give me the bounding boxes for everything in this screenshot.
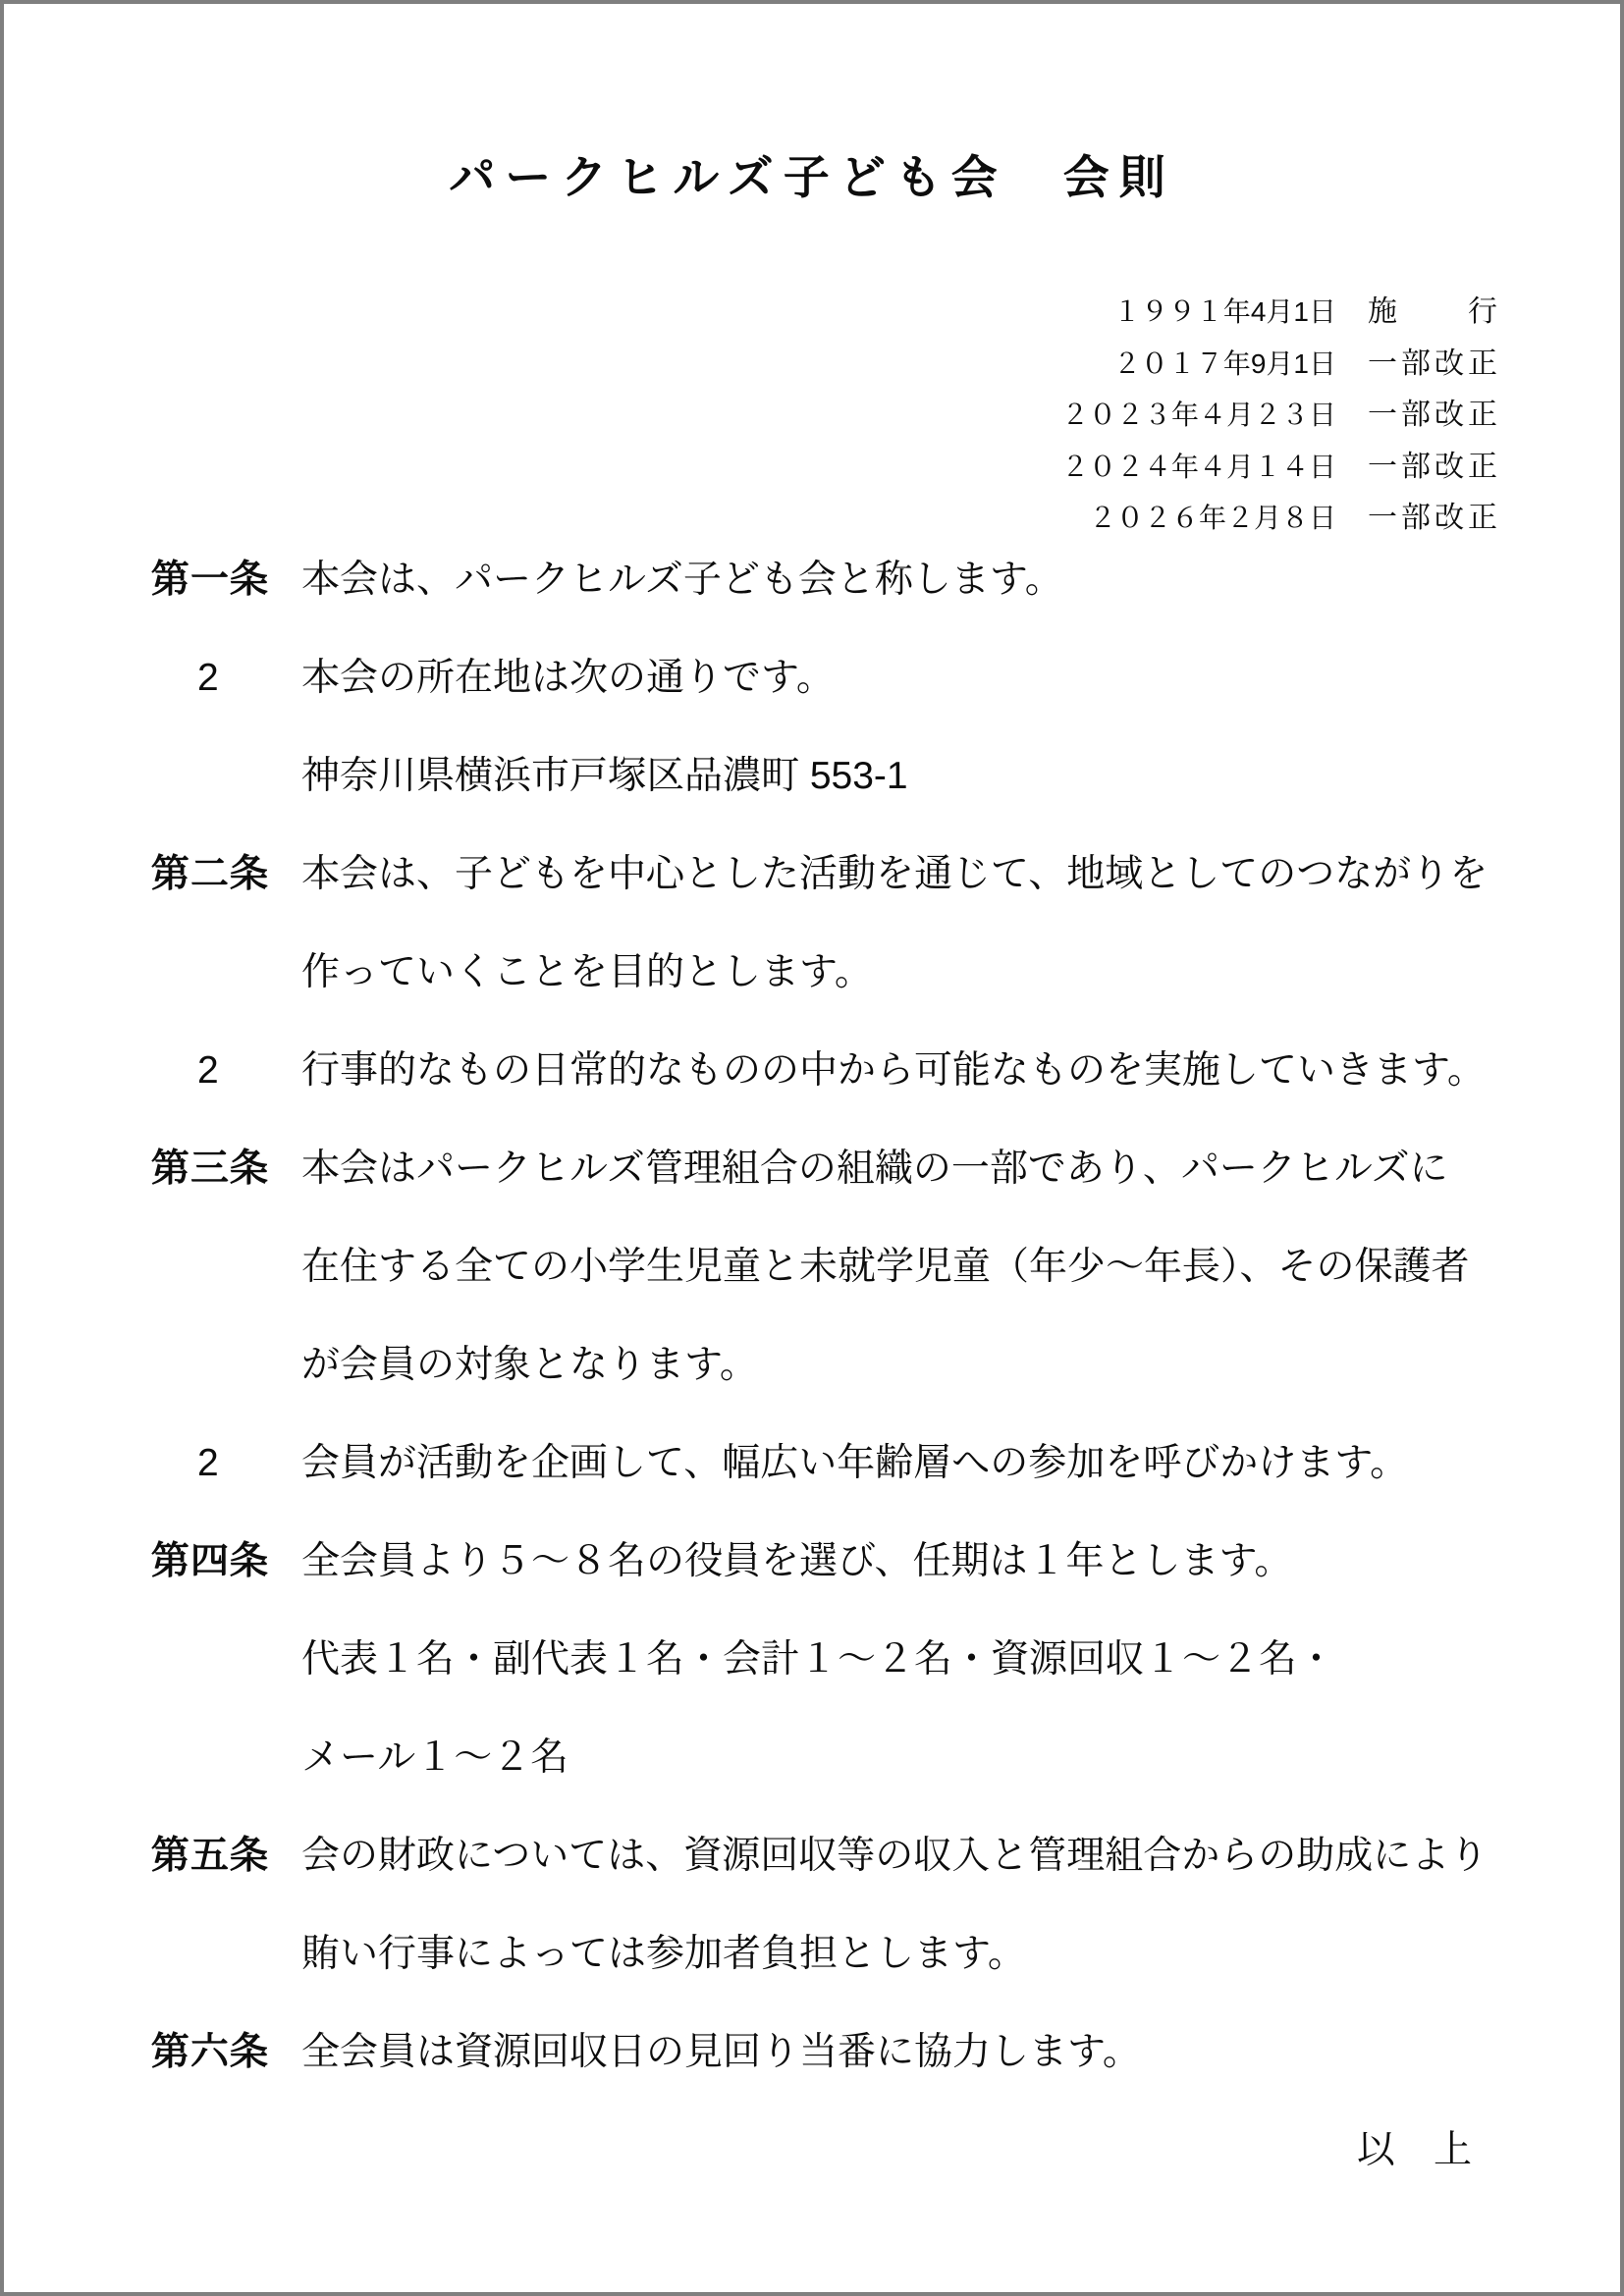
article-row: 在住する全ての小学生児童と未就学児童（年少～年長）、その保護者 [151, 1244, 1620, 1342]
revision-row: １９９１年4月1日 施 行 [4, 287, 1505, 339]
article-label: 第三条 [151, 1148, 269, 1190]
revision-date: ２０２４年４月１４日 [1061, 442, 1336, 494]
subitem-number: 2 [151, 1440, 219, 1487]
revision-status: 一部改正 [1368, 390, 1505, 442]
article-text: メール１～２名 [301, 1735, 1620, 1782]
article-row: 第四条 全会員より５～８名の役員を選び、任期は１年とします。 [151, 1538, 1620, 1636]
document-page: パークヒルズ子ども会 会則 １９９１年4月1日 施 行 ２０１７年9月1日 一部… [0, 0, 1624, 2296]
revision-row: ２０１７年9月1日 一部改正 [4, 339, 1505, 391]
article-text: 本会はパークヒルズ管理組合の組織の一部であり、パークヒルズに [301, 1146, 1620, 1193]
article-text: 本会は、子どもを中心とした活動を通じて、地域としてのつながりを [301, 851, 1620, 898]
closing-mark: 以 上 [4, 2127, 1620, 2174]
revision-status: 一部改正 [1368, 442, 1505, 494]
article-text: 在住する全ての小学生児童と未就学児童（年少～年長）、その保護者 [301, 1244, 1620, 1291]
article-row: 賄い行事によっては参加者負担とします。 [151, 1931, 1620, 2029]
revision-status: 一部改正 [1368, 493, 1505, 545]
article-text: 作っていくことを目的とします。 [301, 949, 1620, 996]
revision-date: ２０２６年２月８日 [1089, 493, 1336, 545]
article-text: 会の財政については、資源回収等の収入と管理組合からの助成により [301, 1833, 1620, 1880]
article-text: 代表１名・副代表１名・会計１～２名・資源回収１～２名・ [301, 1636, 1620, 1683]
revision-date: ２０２３年４月２３日 [1061, 390, 1336, 442]
revision-row: ２０２６年２月８日 一部改正 [4, 493, 1505, 545]
article-row: 2 会員が活動を企画して、幅広い年齢層への参加を呼びかけます。 [151, 1440, 1620, 1538]
article-text: 本会は、パークヒルズ子ども会と称します。 [301, 557, 1620, 604]
article-label: 第六条 [151, 2031, 269, 2073]
article-row: 2 行事的なもの日常的なものの中から可能なものを実施していきます。 [151, 1047, 1620, 1146]
article-row: 2 本会の所在地は次の通りです。 [151, 655, 1620, 753]
revision-status: 施 行 [1368, 287, 1505, 339]
article-text: 全会員は資源回収日の見回り当番に協力します。 [301, 2029, 1620, 2076]
article-row: 第五条 会の財政については、資源回収等の収入と管理組合からの助成により [151, 1833, 1620, 1931]
revision-date: １９９１年4月1日 [1113, 287, 1336, 339]
article-label: 第四条 [151, 1540, 269, 1582]
subitem-number: 2 [151, 1047, 219, 1095]
article-row: メール１～２名 [151, 1735, 1620, 1833]
article-row: が会員の対象となります。 [151, 1342, 1620, 1440]
article-row: 第六条 全会員は資源回収日の見回り当番に協力します。 [151, 2029, 1620, 2127]
article-row: 第三条 本会はパークヒルズ管理組合の組織の一部であり、パークヒルズに [151, 1146, 1620, 1244]
revision-row: ２０２３年４月２３日 一部改正 [4, 390, 1505, 442]
article-row: 第二条 本会は、子どもを中心とした活動を通じて、地域としてのつながりを [151, 851, 1620, 949]
article-label: 第二条 [151, 853, 269, 895]
revision-status: 一部改正 [1368, 339, 1505, 391]
article-label: 第一条 [151, 559, 269, 601]
article-row: 代表１名・副代表１名・会計１～２名・資源回収１～２名・ [151, 1636, 1620, 1735]
page-title: パークヒルズ子ども会 会則 [4, 147, 1620, 207]
article-row: 神奈川県横浜市戸塚区品濃町 553-1 [151, 753, 1620, 851]
article-text: 全会員より５～８名の役員を選び、任期は１年とします。 [301, 1538, 1620, 1585]
articles-body: 第一条 本会は、パークヒルズ子ども会と称します。 2 本会の所在地は次の通りです… [4, 557, 1620, 2127]
subitem-number: 2 [151, 655, 219, 702]
article-text: 賄い行事によっては参加者負担とします。 [301, 1931, 1620, 1978]
article-text: 行事的なもの日常的なものの中から可能なものを実施していきます。 [301, 1047, 1620, 1095]
revision-date: ２０１７年9月1日 [1113, 339, 1336, 391]
article-label: 第五条 [151, 1835, 269, 1877]
article-text: 本会の所在地は次の通りです。 [301, 655, 1620, 702]
revision-row: ２０２４年４月１４日 一部改正 [4, 442, 1505, 494]
article-text: が会員の対象となります。 [301, 1342, 1620, 1389]
article-text: 神奈川県横浜市戸塚区品濃町 553-1 [301, 753, 1620, 800]
article-row: 作っていくことを目的とします。 [151, 949, 1620, 1047]
article-text: 会員が活動を企画して、幅広い年齢層への参加を呼びかけます。 [301, 1440, 1620, 1487]
article-row: 第一条 本会は、パークヒルズ子ども会と称します。 [151, 557, 1620, 655]
revision-history: １９９１年4月1日 施 行 ２０１７年9月1日 一部改正 ２０２３年４月２３日 … [4, 287, 1620, 545]
